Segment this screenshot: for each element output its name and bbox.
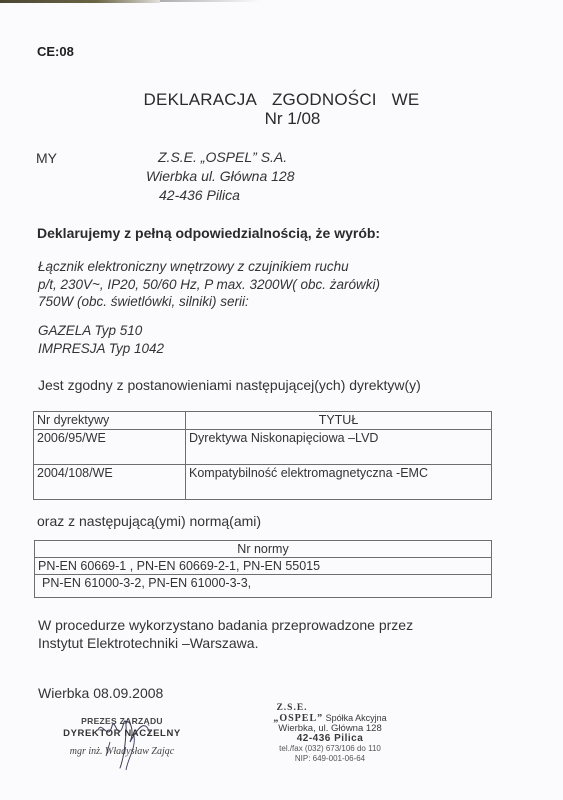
header-cell: TYTUŁ [186,412,492,430]
stamp-line: tel./fax (032) 673/106 do 110 [240,744,420,754]
product-description: Łącznik elektroniczny wnętrzowy z czujni… [38,258,380,311]
stamp-company-type: Spółka Akcyjna [323,713,387,723]
title-word: ZGODNOŚCI [272,90,377,109]
page-title: DEKLARACJA ZGODNOŚCI WE [0,90,563,110]
scan-edge-shadow [0,0,160,3]
table-row: 2006/95/WE Dyrektywa Niskonapięciowa –LV… [34,430,492,465]
handwritten-signature-icon [90,712,160,772]
table-row: PN-EN 60669-1 , PN-EN 60669-2-1, PN-EN 5… [35,558,492,575]
title-word: WE [392,90,420,109]
directive-number: 2006/95/WE [34,430,186,465]
table-row: PN-EN 61000-3-2, PN-EN 61000-3-3, [35,575,492,598]
procedure-note: W procedurze wykorzystano badania przepr… [38,616,413,652]
directives-table: Nr dyrektywy TYTUŁ 2006/95/WE Dyrektywa … [33,411,492,500]
stamp-line: Z.S.E. [164,703,420,713]
declaration-heading: Deklarujemy z pełną odpowiedzialnością, … [37,225,380,241]
document-number: Nr 1/08 [0,109,563,129]
norms-intro: oraz z następującą(ymi) normą(ami) [37,513,261,529]
product-line: 750W (obc. świetlówki, silniki) serii: [38,293,380,311]
issuer-street: Wierbka ul. Główna 128 [146,167,295,186]
scan-edge-shadow [160,0,260,2]
directive-title: Dyrektywa Niskonapięciowa –LVD [186,430,492,465]
directive-number: 2004/108/WE [34,465,186,500]
place-and-date: Wierbka 08.09.2008 [38,685,163,701]
table-header-row: Nr dyrektywy TYTUŁ [34,412,492,430]
norms-table: Nr normy PN-EN 60669-1 , PN-EN 60669-2-1… [34,540,492,598]
table-header-row: Nr normy [35,541,492,558]
stamp-line: 42-436 Pilica [240,734,420,744]
issuer-city: 42-436 Pilica [159,186,295,205]
procedure-line: Instytut Elektrotechniki –Warszawa. [38,634,413,652]
norm-list: PN-EN 61000-3-2, PN-EN 61000-3-3, [35,575,492,598]
issuer-address: Z.S.E. „OSPEL” S.A. Wierbka ul. Główna 1… [158,148,295,205]
product-line: Łącznik elektroniczny wnętrzowy z czujni… [38,258,380,276]
directive-title: Kompatybilność elektromagnetyczna -EMC [186,465,492,500]
norm-list: PN-EN 60669-1 , PN-EN 60669-2-1, PN-EN 5… [35,558,492,575]
model-item: IMPRESJA Typ 1042 [38,340,164,358]
table-row: 2004/108/WE Kompatybilność elektromagnet… [34,465,492,500]
header-cell: Nr normy [35,541,492,558]
title-word: DEKLARACJA [144,90,257,109]
issuer-name: Z.S.E. „OSPEL” S.A. [158,148,295,167]
product-line: p/t, 230V~, IP20, 50/60 Hz, P max. 3200W… [38,276,380,294]
document-code: CE:08 [37,44,74,59]
conformity-statement: Jest zgodny z postanowieniami następując… [38,377,421,393]
header-cell: Nr dyrektywy [34,412,186,430]
model-item: GAZELA Typ 510 [38,322,164,340]
product-models: GAZELA Typ 510 IMPRESJA Typ 1042 [38,322,164,357]
procedure-line: W procedurze wykorzystano badania przepr… [38,616,413,634]
stamp-line: NIP: 649-001-06-64 [240,754,420,764]
company-stamp: Z.S.E. „OSPEL” Spółka Akcyjna Wierbka, u… [240,703,420,764]
issuer-label: MY [36,150,57,166]
